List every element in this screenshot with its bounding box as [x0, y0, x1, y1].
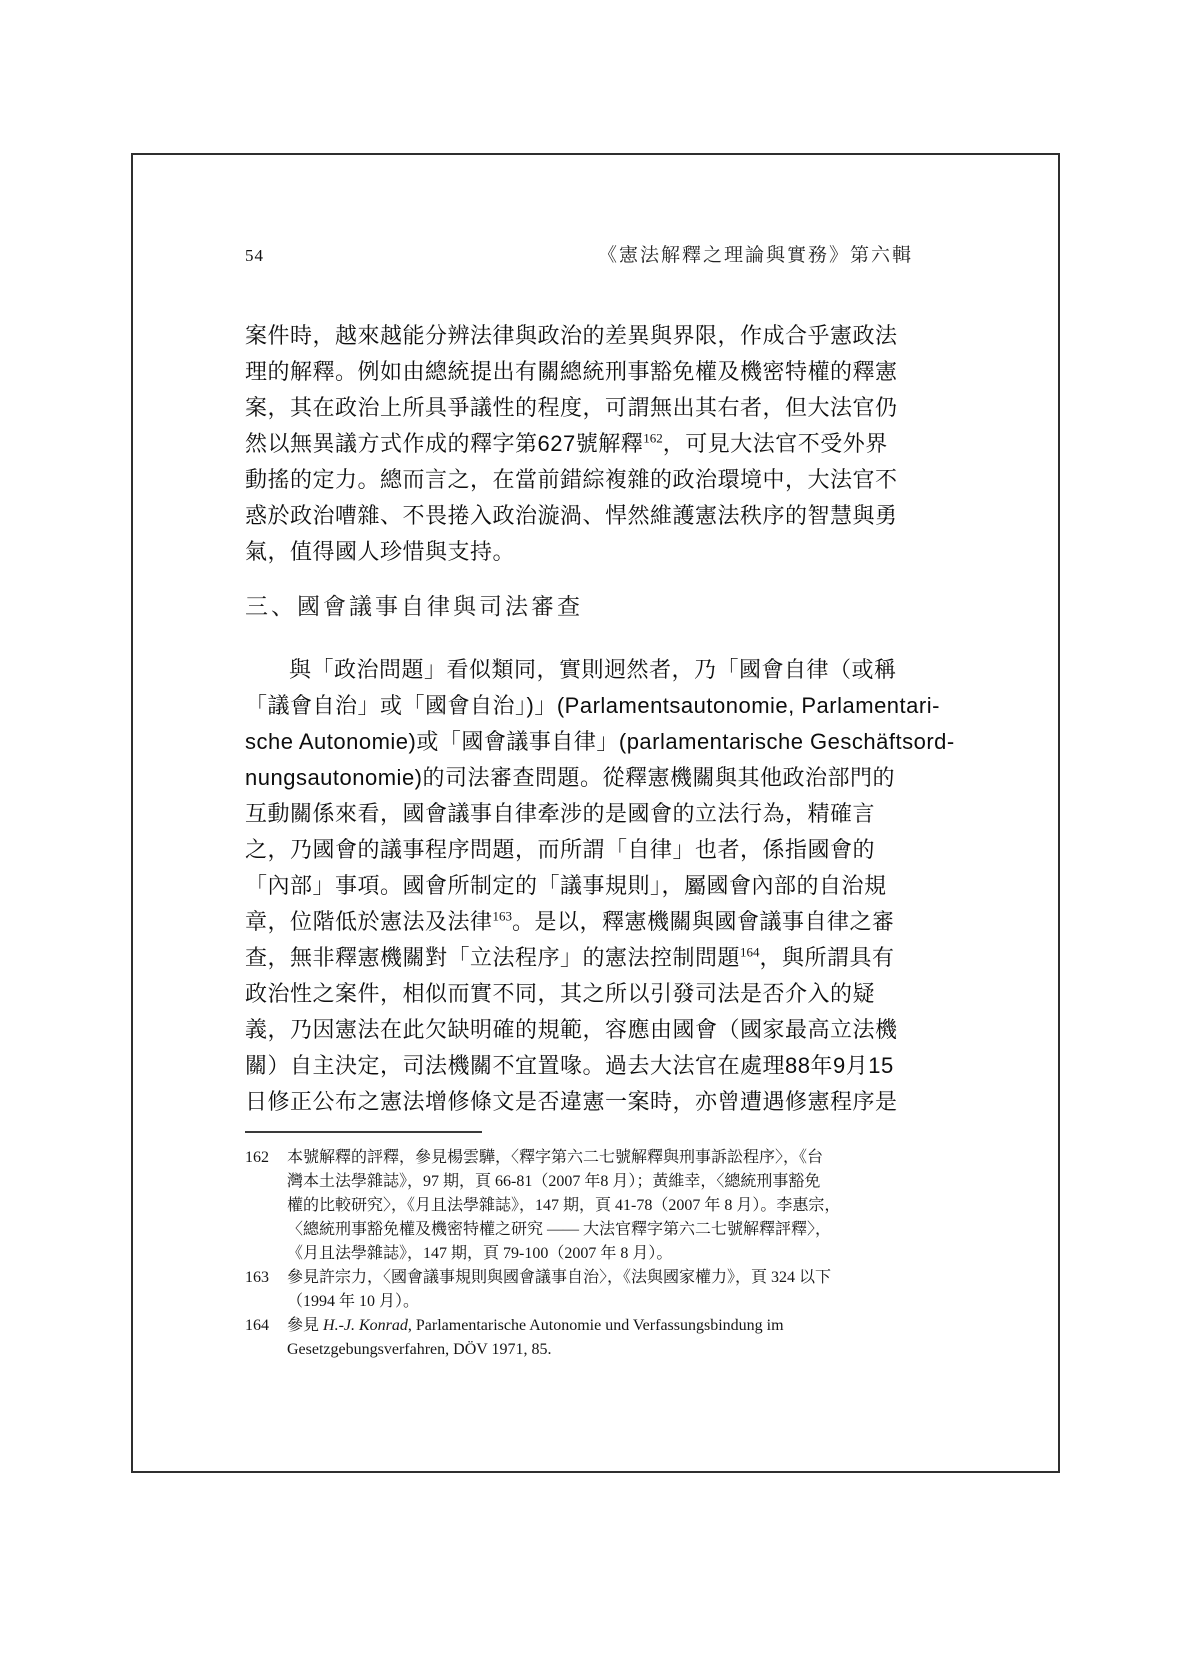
- text-line: 參見許宗力，〈國會議事規則與國會議事自治〉，《法與國家權力》，頁 324 以下: [287, 1266, 913, 1290]
- text-line: 政治性之案件，相似而實不同，其之所以引發司法是否介入的疑: [245, 976, 917, 1012]
- footnote-reference: 164: [740, 945, 760, 960]
- text-line: 〈總統刑事豁免權及機密特權之研究 —— 大法官釋字第六二七號解釋評釋〉，: [287, 1218, 913, 1242]
- text-line: 關）自主決定，司法機關不宜置喙。過去大法官在處理88年9月15: [245, 1048, 917, 1084]
- text-line: nungsautonomie)的司法審查問題。從釋憲機關與其他政治部門的: [245, 760, 917, 796]
- section-heading: 三、國會議事自律與司法審查: [245, 588, 583, 621]
- footnotes-section: 162本號解釋的評釋，參見楊雲驊，〈釋字第六二七號解釋與刑事訴訟程序〉，《台灣本…: [245, 1146, 913, 1362]
- text-line: 動搖的定力。總而言之，在當前錯綜複雜的政治環境中，大法官不: [245, 462, 917, 498]
- paragraph-2: 與「政治問題」看似類同，實則迥然者，乃「國會自律（或稱「議會自治」或「國會自治」…: [245, 652, 917, 1120]
- text-line: 案件時，越來越能分辨法律與政治的差異與界限，作成合乎憲政法: [245, 318, 917, 354]
- paragraph-continuation: 案件時，越來越能分辨法律與政治的差異與界限，作成合乎憲政法理的解釋。例如由總統提…: [245, 318, 917, 570]
- text-line: 章，位階低於憲法及法律163。是以，釋憲機關與國會議事自律之審: [245, 904, 917, 940]
- text-line: 之，乃國會的議事程序問題，而所謂「自律」也者，係指國會的: [245, 832, 917, 868]
- text-line: 日修正公布之憲法增修條文是否違憲一案時，亦曾遭遇修憲程序是: [245, 1084, 917, 1120]
- footnote-number: 162: [245, 1146, 269, 1170]
- text-line: （1994 年 10 月）。: [287, 1290, 913, 1314]
- text-line: 參見 H.-J. Konrad, Parlamentarische Autono…: [287, 1314, 913, 1338]
- footnote-number: 164: [245, 1314, 269, 1338]
- footnote-separator: [245, 1131, 482, 1133]
- page-header: 54 《憲法解釋之理論與實務》第六輯: [245, 240, 913, 267]
- text-line: sche Autonomie)或「國會議事自律」(parlamentarisch…: [245, 724, 917, 760]
- text-line: 本號解釋的評釋，參見楊雲驊，〈釋字第六二七號解釋與刑事訴訟程序〉，《台: [287, 1146, 913, 1170]
- text-line: 查，無非釋憲機關對「立法程序」的憲法控制問題164，與所謂具有: [245, 940, 917, 976]
- running-header: 《憲法解釋之理論與實務》第六輯: [598, 240, 913, 267]
- text-line: 權的比較研究〉，《月且法學雜誌》，147 期，頁 41-78（2007 年 8 …: [287, 1194, 913, 1218]
- text-line: Gesetzgebungsverfahren, DÖV 1971, 85.: [287, 1338, 913, 1362]
- text-line: 義，乃因憲法在此欠缺明確的規範，容應由國會（國家最高立法機: [245, 1012, 917, 1048]
- footnote-number: 163: [245, 1266, 269, 1290]
- text-line: 惑於政治嘈雜、不畏捲入政治漩渦、悍然維護憲法秩序的智慧與勇: [245, 498, 917, 534]
- text-line: 氣，值得國人珍惜與支持。: [245, 534, 917, 570]
- text-line: 與「政治問題」看似類同，實則迥然者，乃「國會自律（或稱: [245, 652, 917, 688]
- footnote: 164參見 H.-J. Konrad, Parlamentarische Aut…: [245, 1314, 913, 1362]
- text-line: 灣本土法學雜誌》，97 期，頁 66-81（2007 年8 月）；黃維幸，〈總統…: [287, 1170, 913, 1194]
- footnote-reference: 162: [643, 431, 663, 446]
- text-line: 然以無異議方式作成的釋字第627號解釋162，可見大法官不受外界: [245, 426, 917, 462]
- text-line: 互動關係來看，國會議事自律牽涉的是國會的立法行為，精確言: [245, 796, 917, 832]
- text-line: 案，其在政治上所具爭議性的程度，可謂無出其右者，但大法官仍: [245, 390, 917, 426]
- footnote: 162本號解釋的評釋，參見楊雲驊，〈釋字第六二七號解釋與刑事訴訟程序〉，《台灣本…: [245, 1146, 913, 1266]
- text-line: 理的解釋。例如由總統提出有關總統刑事豁免權及機密特權的釋憲: [245, 354, 917, 390]
- text-line: 《月且法學雜誌》，147 期，頁 79-100（2007 年 8 月）。: [287, 1242, 913, 1266]
- text-line: 「議會自治」或「國會自治」)」(Parlamentsautonomie, Par…: [245, 688, 917, 724]
- footnote: 163參見許宗力，〈國會議事規則與國會議事自治〉，《法與國家權力》，頁 324 …: [245, 1266, 913, 1314]
- page-number: 54: [245, 246, 264, 266]
- text-line: 「內部」事項。國會所制定的「議事規則」，屬國會內部的自治規: [245, 868, 917, 904]
- footnote-reference: 163: [493, 909, 513, 924]
